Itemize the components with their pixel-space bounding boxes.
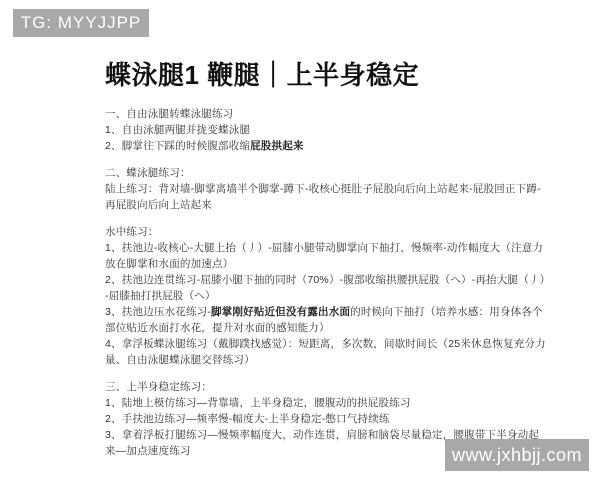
document-paragraph: 4、拿浮板蝶泳腿练习（戴脚蹼找感觉）：短距离，多次数，间歇时间长（25米休息恢复… [105, 336, 547, 368]
body-text: 2、脚掌往下踩的时候腹部收缩 [105, 140, 250, 152]
document-paragraph: 2、手扶池边练习—频率慢-幅度大-上半身稳定-憋口气持续练 [105, 411, 547, 427]
document-paragraph: 2、脚掌往下踩的时候腹部收缩屁股拱起来 [105, 138, 547, 154]
document-paragraph: 陆上练习：背对墙-脚掌离墙半个脚掌-蹲下-收核心挺肚子屁股向后向上站起来-屁股回… [105, 181, 547, 213]
emphasized-text: 屁股拱起来 [250, 140, 304, 152]
body-text: 3、扶池边压水花练习- [105, 306, 211, 318]
document-paragraph: 二、蝶泳腿练习： [105, 165, 547, 181]
document-section: 二、蝶泳腿练习：陆上练习：背对墙-脚掌离墙半个脚掌-蹲下-收核心挺肚子屁股向后向… [105, 165, 547, 213]
document-body: 一、自由泳腿转蝶泳腿练习1、自由泳腿两腿并拢变蝶泳腿2、脚掌往下踩的时候腹部收缩… [105, 106, 547, 459]
body-text: 2、扶池边连贯练习-屈膝小腿下抽的同时（70%）-腹部收缩拱腰拱屁股（へ）-再抬… [105, 274, 545, 302]
body-text: 一、自由泳腿转蝶泳腿练习 [105, 108, 233, 120]
body-text: 三、上半身稳定练习： [105, 381, 212, 393]
document-page: 蝶泳腿1 鞭腿｜上半身稳定 一、自由泳腿转蝶泳腿练习1、自由泳腿两腿并拢变蝶泳腿… [105, 60, 547, 470]
body-text: 水中练习： [105, 226, 159, 238]
body-text: 陆上练习：背对墙-脚掌离墙半个脚掌-蹲下-收核心挺肚子屁股向后向上站起来-屁股回… [105, 183, 541, 211]
emphasized-text: 脚掌刚好贴近但没有露出水面 [211, 306, 350, 318]
document-paragraph: 一、自由泳腿转蝶泳腿练习 [105, 106, 547, 122]
document-paragraph: 1、自由泳腿两腿并拢变蝶泳腿 [105, 122, 547, 138]
body-text: 1、扶池边-收核心-大腿上抬（丿）-屈膝小腿带动脚掌向下抽打，慢频率-动作幅度大… [105, 242, 543, 270]
document-section: 一、自由泳腿转蝶泳腿练习1、自由泳腿两腿并拢变蝶泳腿2、脚掌往下踩的时候腹部收缩… [105, 106, 547, 154]
document-section: 水中练习：1、扶池边-收核心-大腿上抬（丿）-屈膝小腿带动脚掌向下抽打，慢频率-… [105, 224, 547, 368]
document-paragraph: 水中练习： [105, 224, 547, 240]
page-title: 蝶泳腿1 鞭腿｜上半身稳定 [105, 60, 547, 91]
telegram-watermark-badge: TG: MYYJJPP [13, 9, 149, 37]
document-paragraph: 1、陆地上模仿练习—背靠墙，上半身稳定，腰腹动的拱屁股练习 [105, 395, 547, 411]
body-text: 4、拿浮板蝶泳腿练习（戴脚蹼找感觉）：短距离，多次数，间歇时间长（25米休息恢复… [105, 338, 546, 366]
document-paragraph: 三、上半身稳定练习： [105, 379, 547, 395]
body-text: 2、手扶池边练习—频率慢-幅度大-上半身稳定-憋口气持续练 [105, 413, 390, 425]
body-text: 二、蝶泳腿练习： [105, 167, 191, 179]
body-text: 1、陆地上模仿练习—背靠墙，上半身稳定，腰腹动的拱屁股练习 [105, 397, 411, 409]
document-paragraph: 2、扶池边连贯练习-屈膝小腿下抽的同时（70%）-腹部收缩拱腰拱屁股（へ）-再抬… [105, 272, 547, 304]
website-watermark-badge: www.jxhbjj.com [445, 439, 589, 471]
document-paragraph: 3、扶池边压水花练习-脚掌刚好贴近但没有露出水面的时候向下抽打（培养水感：用身体… [105, 304, 547, 336]
document-paragraph: 1、扶池边-收核心-大腿上抬（丿）-屈膝小腿带动脚掌向下抽打，慢频率-动作幅度大… [105, 240, 547, 272]
body-text: 1、自由泳腿两腿并拢变蝶泳腿 [105, 124, 250, 136]
